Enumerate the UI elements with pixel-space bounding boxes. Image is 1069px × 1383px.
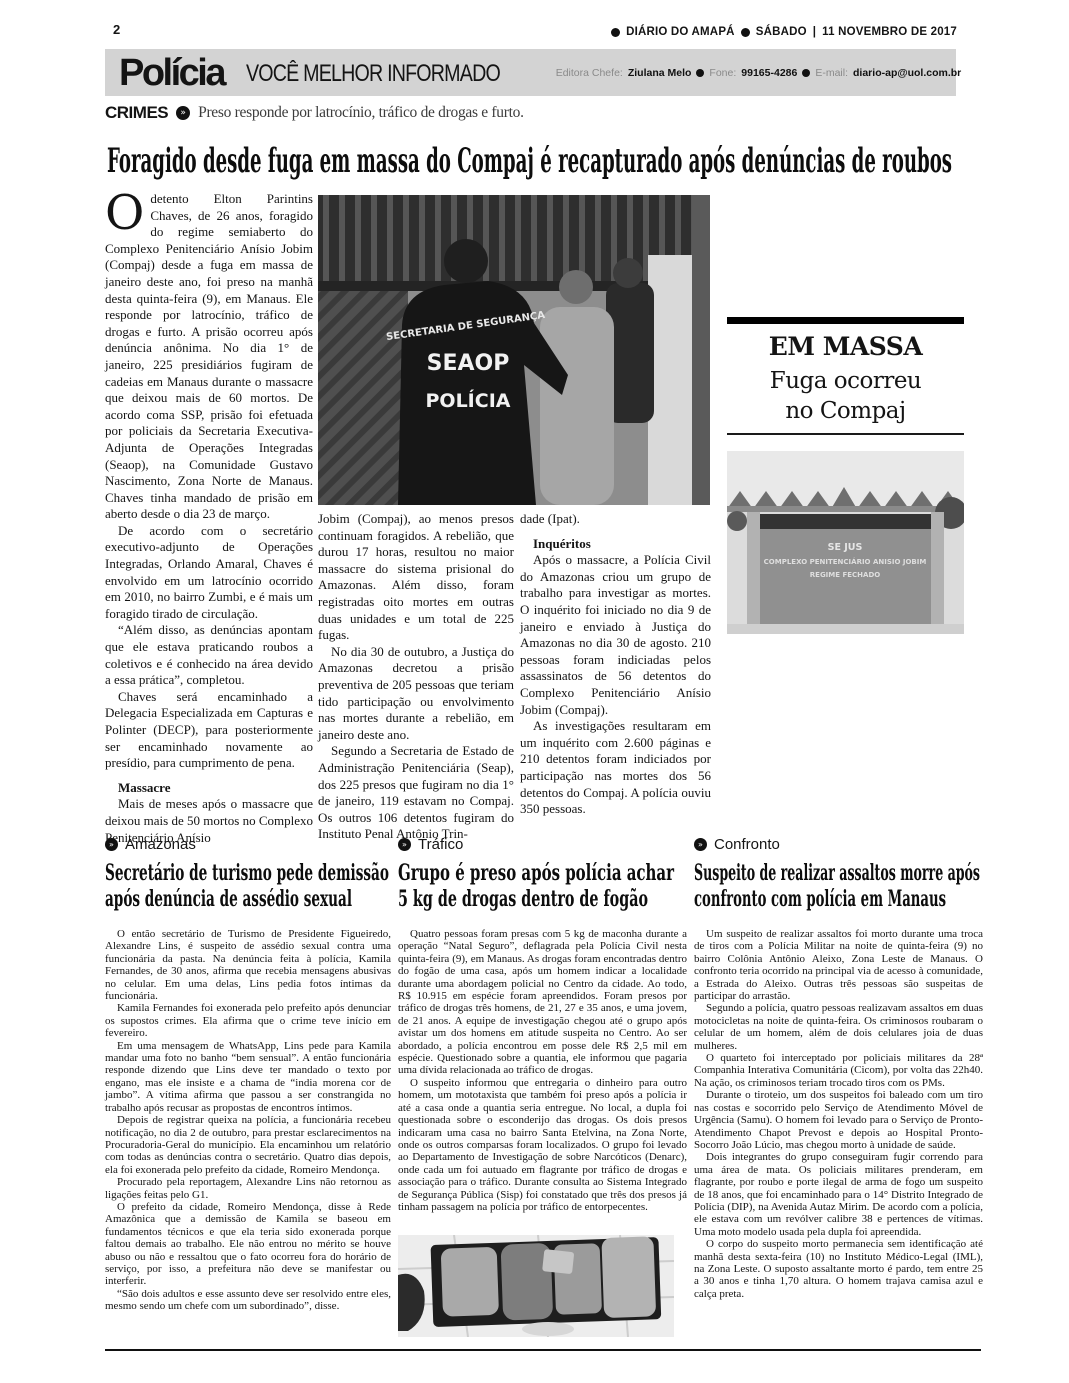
masthead-bullet-icon	[741, 28, 750, 37]
masthead-date: 11 NOVEMBRO DE 2017	[822, 26, 957, 38]
paragraph: dade (Ipat).	[520, 511, 711, 528]
main-article-column-3: dade (Ipat).InquéritosApós o massacre, a…	[520, 511, 711, 818]
bottom-rule	[105, 1349, 981, 1351]
section-tagline: VOCÊ MELHOR INFORMADO	[246, 60, 500, 88]
paragraph: No dia 30 de outubro, a Justiça do Amazo…	[318, 644, 514, 744]
phone-label: Fone:	[709, 67, 736, 79]
section-title: Polícia	[119, 51, 224, 95]
paragraph: O detento Elton Parintins Chaves, de 26 …	[105, 191, 313, 523]
paragraph: Em uma mensagem de WhatsApp, Lins pede p…	[105, 1040, 391, 1114]
paragraph: Segundo a Secretaria de Estado de Admini…	[318, 743, 514, 843]
sidebar-kicker: EM MASSA	[727, 332, 964, 361]
paragraph: Durante o tiroteio, um dos suspeitos foi…	[694, 1089, 983, 1151]
contact-bullet-icon	[802, 69, 810, 77]
article-confronto: » Confronto Suspeito de realizar assalto…	[694, 836, 983, 1300]
kicker-bullet-icon: »	[105, 838, 118, 851]
editor-label: Editora Chefe:	[556, 67, 623, 79]
sidebar-title-line1: Fuga ocorreu	[770, 368, 922, 394]
paragraph: O suspeito informou que entregaria o din…	[398, 1077, 687, 1213]
main-headline: Foragido desde fuga em massa do Compaj é…	[105, 136, 956, 189]
kicker-label: Amazonas	[125, 836, 196, 853]
paragraph: De acordo com o secretário executivo-adj…	[105, 523, 313, 623]
jacket-text-policia: POLÍCIA	[426, 389, 511, 412]
main-article-column-2: Jobim (Compaj), ao menos presos continua…	[318, 511, 514, 843]
paragraph: Dois integrantes do grupo conseguiram fu…	[694, 1151, 983, 1238]
masthead-day: SÁBADO	[756, 26, 807, 38]
contact-info: Editora Chefe: Ziulana Melo Fone: 99165-…	[556, 67, 962, 79]
kicker-bullet-icon: »	[694, 838, 707, 851]
article-headline: Secretário de turismo pede demissão após…	[105, 858, 391, 914]
crimes-text: Preso responde por latrocínio, tráfico d…	[198, 104, 524, 122]
paragraph: O então secretário de Turismo de Preside…	[105, 928, 391, 1002]
headline-line2: 5 kg de drogas dentro de fogão	[398, 886, 648, 912]
subhead: Inquéritos	[520, 536, 711, 553]
article-body: Quatro pessoas foram presas com 5 kg de …	[398, 928, 687, 1213]
kicker-bullet-icon: »	[398, 838, 411, 851]
contact-bullet-icon	[696, 69, 704, 77]
masthead-separator: |	[813, 26, 816, 38]
paragraph: Segundo a polícia, quatro pessoas realiz…	[694, 1002, 983, 1052]
main-photo: SECRETARIA DE SEGURANÇA SEAOP POLÍCIA	[318, 195, 710, 505]
crimes-strip: CRIMES » Preso responde por latrocínio, …	[105, 103, 524, 123]
crimes-label: CRIMES	[105, 103, 168, 123]
crimes-bullet-icon: »	[176, 106, 190, 120]
paragraph: “São dois adultos e esse assunto deve se…	[105, 1288, 391, 1313]
gate-text-line1: SE JUS	[828, 542, 863, 553]
main-headline-text: Foragido desde fuga em massa do Compaj é…	[107, 141, 952, 181]
article-body: Um suspeito de realizar assaltos foi mor…	[694, 928, 983, 1300]
article-body: O então secretário de Turismo de Preside…	[105, 928, 391, 1313]
paragraph: Depois de registrar queixa na polícia, a…	[105, 1114, 391, 1176]
page-number: 2	[113, 22, 120, 37]
masthead: DIÁRIO DO AMAPÁ SÁBADO | 11 NOVEMBRO DE …	[611, 26, 957, 38]
headline-line2: confronto com polícia em Manaus	[694, 886, 946, 912]
paragraph: As investigações resultaram em um inquér…	[520, 718, 711, 818]
paragraph: Procurado pela reportagem, Alexandre Lin…	[105, 1176, 391, 1201]
editor-name: Ziulana Melo	[628, 67, 692, 79]
sidebar-title-line2: no Compaj	[785, 398, 905, 424]
paragraph: Kamila Fernandes foi exonerada pelo pref…	[105, 1002, 391, 1039]
phone-number: 99165-4286	[741, 67, 797, 79]
seized-drugs-photo	[398, 1235, 674, 1337]
headline-line2: após denúncia de assédio sexual	[105, 886, 352, 912]
article-kicker: » Confronto	[694, 836, 983, 853]
paragraph: Chaves será encaminhado a Delegacia Espe…	[105, 689, 313, 772]
paragraph: O prefeito da cidade, Romeiro Mendonça, …	[105, 1201, 391, 1288]
paragraph: “Além disso, as denúncias apontam que el…	[105, 622, 313, 688]
kicker-label: Tráfico	[418, 836, 463, 853]
sidebar-bottom-rule	[727, 433, 964, 435]
main-article-column-1: O detento Elton Parintins Chaves, de 26 …	[105, 191, 313, 846]
jacket-text-seaop: SEAOP	[427, 351, 510, 376]
article-kicker: » Tráfico	[398, 836, 687, 853]
headline-line1: Suspeito de realizar assaltos morre após	[694, 860, 980, 886]
kicker-label: Confronto	[714, 836, 780, 853]
sidebar-title: Fuga ocorreu no Compaj	[727, 366, 964, 426]
paragraph: Um suspeito de realizar assaltos foi mor…	[694, 928, 983, 1002]
sidebar-top-rule	[727, 317, 964, 324]
masthead-bullet-icon	[611, 28, 620, 37]
email-label: E-mail:	[815, 67, 848, 79]
masthead-brand: DIÁRIO DO AMAPÁ	[626, 26, 735, 38]
paragraph: Após o massacre, a Polícia Civil do Amaz…	[520, 552, 711, 718]
subhead: Massacre	[105, 780, 313, 797]
newspaper-page: 2 DIÁRIO DO AMAPÁ SÁBADO | 11 NOVEMBRO D…	[0, 0, 1069, 1383]
section-banner: Polícia VOCÊ MELHOR INFORMADO Editora Ch…	[105, 49, 956, 96]
paragraph: Jobim (Compaj), ao menos presos continua…	[318, 511, 514, 644]
headline-line1: Secretário de turismo pede demissão	[105, 860, 389, 886]
paragraph: Quatro pessoas foram presas com 5 kg de …	[398, 928, 687, 1077]
article-amazonas: » Amazonas Secretário de turismo pede de…	[105, 836, 391, 1313]
prison-gate-photo: SE JUS COMPLEXO PENITENCIÁRIO ANISIO JOB…	[727, 451, 964, 634]
gate-text-line3: REGIME FECHADO	[810, 571, 880, 579]
headline-line1: Grupo é preso após polícia achar	[398, 860, 674, 886]
article-kicker: » Amazonas	[105, 836, 391, 853]
gate-text-line2: COMPLEXO PENITENCIÁRIO ANISIO JOBIM	[764, 557, 927, 566]
email-address: diario-ap@uol.com.br	[853, 67, 961, 79]
main-headline-svg: Foragido desde fuga em massa do Compaj é…	[105, 136, 956, 184]
article-headline: Suspeito de realizar assaltos morre após…	[694, 858, 983, 914]
article-trafico: » Tráfico Grupo é preso após polícia ach…	[398, 836, 687, 1337]
paragraph: O quarteto foi interceptado por policiai…	[694, 1052, 983, 1089]
paragraph: O corpo do suspeito morto permanecia sem…	[694, 1238, 983, 1300]
article-headline: Grupo é preso após polícia achar 5 kg de…	[398, 858, 687, 914]
